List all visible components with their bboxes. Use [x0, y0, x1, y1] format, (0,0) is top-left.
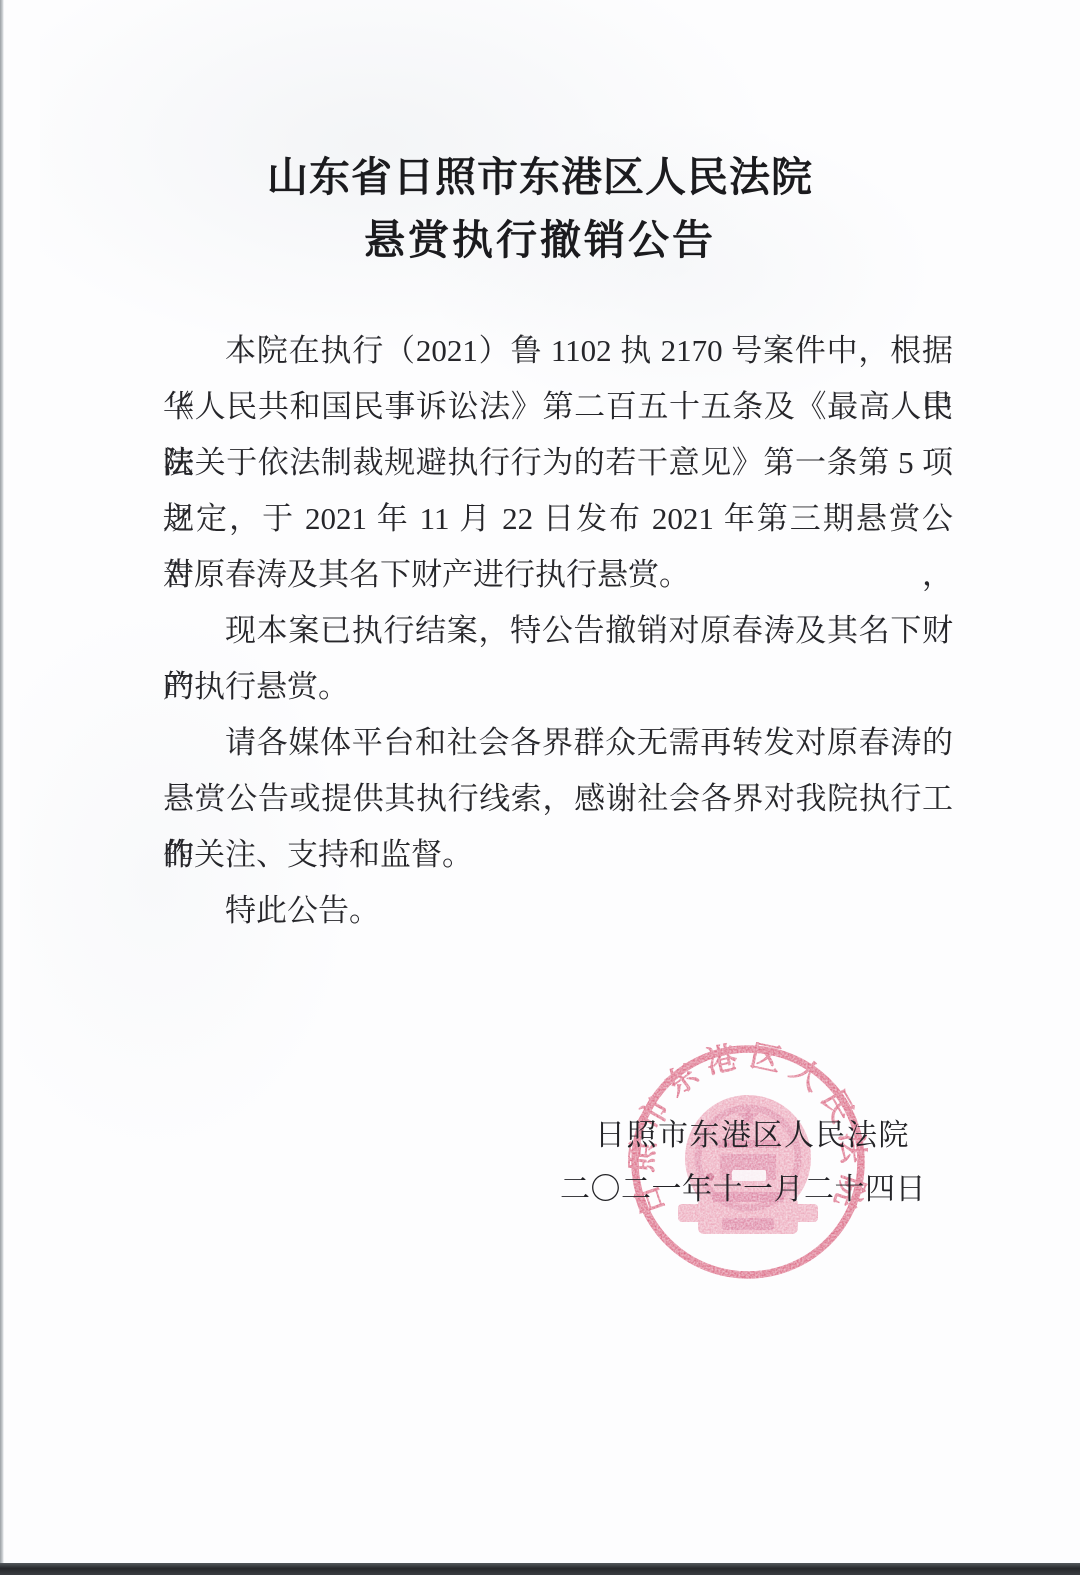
- body-line: 悬赏公告或提供其执行线索，感谢社会各界对我院执行工作: [163, 771, 953, 827]
- body-line: 的关注、支持和监督。: [163, 827, 953, 883]
- document-title-line2: 悬赏执行撤销公告: [0, 209, 1080, 272]
- body-line: 特此公告。: [163, 883, 953, 939]
- document-body: 本院在执行（2021）鲁 1102 执 2170 号案件中，根据《中 华人民共和…: [163, 323, 953, 939]
- signature-date: 二〇二一年十一月二十四日: [560, 1162, 926, 1218]
- body-line: 的执行悬赏。: [163, 659, 953, 715]
- document-title-line1: 山东省日照市东港区人民法院: [0, 146, 1080, 209]
- body-line: 华人民共和国民事诉讼法》第二百五十五条及《最高人民法: [163, 379, 953, 435]
- signature-court-name: 日照市东港区人民法院: [595, 1108, 910, 1164]
- scanned-document-page: 山东省日照市东港区人民法院 悬赏执行撤销公告 本院在执行（2021）鲁 1102…: [0, 0, 1080, 1575]
- body-line: 请各媒体平台和社会各界群众无需再转发对原春涛的: [163, 715, 953, 771]
- body-line: 院关于依法制裁规避执行行为的若干意见》第一条第 5 项之: [163, 435, 953, 491]
- body-line: 本院在执行（2021）鲁 1102 执 2170 号案件中，根据《中: [163, 323, 953, 379]
- body-line: 规定，于 2021 年 11 月 22 日发布 2021 年第三期悬赏公告，: [163, 491, 953, 547]
- scan-bottom-edge: [0, 1563, 1080, 1575]
- body-line: 现本案已执行结案，特公告撤销对原春涛及其名下财产: [163, 603, 953, 659]
